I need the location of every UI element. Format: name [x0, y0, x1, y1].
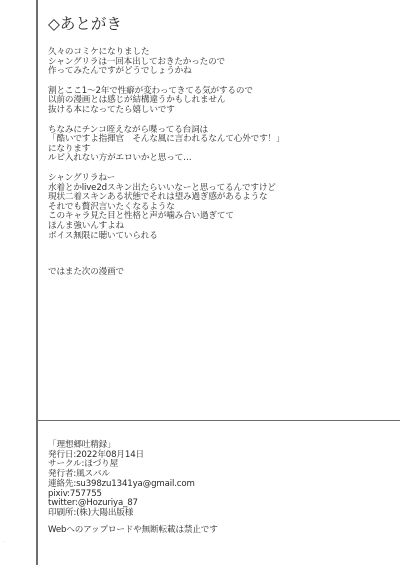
afterword-paragraph: シャングリラねー 水着とかlive2dスキン出たらいいなーと思ってるんですけど … — [48, 174, 393, 241]
afterword-section: ◇あとがき 久々のコミケになりました シャングリラは一回本出しておきたかったので… — [48, 14, 393, 288]
text-line: ボイス無限に聴いていられる — [48, 232, 393, 242]
colophon-section: 「理想郷吐精録」 発行日:2022年08月14日 サークル:ほづり屋 発行者:風… — [48, 441, 388, 535]
afterword-paragraph: 割とここ1～2年で性癖が変わってきてる気がするので 以前の漫画とは感じが結構違う… — [48, 87, 393, 116]
redistribution-notice: Webへのアップロードや無断転載は禁止です — [48, 526, 388, 536]
text-line: ルビ入れない方がエロいかと思って… — [48, 154, 393, 164]
printer-name: 印刷所:(株)大陽出版様 — [48, 509, 388, 519]
text-line: 作ってみたんですがどうでしょうかね — [48, 67, 393, 77]
page-frame-left-border — [36, 0, 38, 565]
afterword-heading: ◇あとがき — [48, 14, 393, 34]
page-marker: - — [3, 539, 4, 544]
afterword-paragraph: 久々のコミケになりました シャングリラは一回本出しておきたかったので 作ってみた… — [48, 48, 393, 77]
afterword-closing: ではまた次の漫画で — [48, 268, 393, 278]
text-line: 「酷いですよ指揮官 そんな風に言われるなんて心外です！」 — [48, 135, 393, 145]
text-line: 抜ける本になってたら嬉しいです — [48, 106, 393, 116]
afterword-paragraph: ちなみにチンコ咥えながら喋ってる台詞は 「酷いですよ指揮官 そんな風に言われるな… — [48, 126, 393, 164]
text-line: ではまた次の漫画で — [48, 268, 393, 278]
colophon-divider — [36, 420, 400, 421]
